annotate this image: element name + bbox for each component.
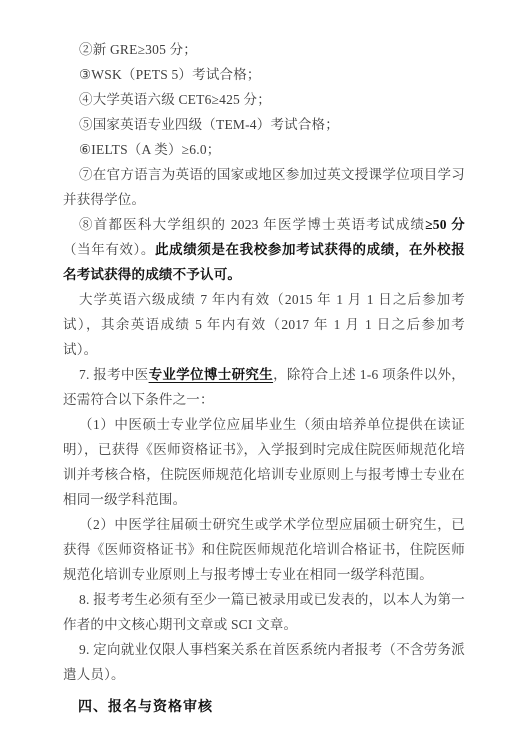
requirement-item-gre: ②新 GRE≥305 分； [63,37,465,62]
requirement-item-school-english-exam: ⑧首都医科大学组织的 2023 年医学博士英语考试成绩≥50 分（当年有效）。此… [63,212,465,287]
requirement-item-cet6: ④大学英语六级 CET6≥425 分； [63,87,465,112]
professional-degree-emphasis: 专业学位博士研究生 [149,367,274,382]
text-run: 7. 报考中医 [79,367,149,382]
rule-8-publication-requirement: 8. 报考考生必须有至少一篇已被录用或已发表的，以本人为第一作者的中文核心期刊文… [63,587,465,637]
rule-7-condition-1: （1）中医硕士专业学位应届毕业生（须由培养单位提供在读证明），已获得《医师资格证… [63,412,465,512]
document-page: ②新 GRE≥305 分； ③WSK（PETS 5）考试合格； ④大学英语六级 … [0,0,527,744]
rule-7-tcm-professional-degree: 7. 报考中医专业学位博士研究生，除符合上述 1-6 项条件以外，还需符合以下条… [63,362,465,412]
text-run: ⑧首都医科大学组织的 2023 年医学博士英语考试成绩 [79,217,425,232]
requirement-item-wsk: ③WSK（PETS 5）考试合格； [63,62,465,87]
text-run: （当年有效）。 [63,242,155,257]
score-validity-note: 大学英语六级成绩 7 年内有效（2015 年 1 月 1 日之后参加考试），其余… [63,287,465,362]
section-4-heading: 四、报名与资格审核 [63,695,465,720]
rule-9-targeted-employment: 9. 定向就业仅限人事档案关系在首医系统内者报考（不含劳务派遣人员）。 [63,637,465,687]
requirement-item-tem4: ⑤国家英语专业四级（TEM-4）考试合格； [63,112,465,137]
requirement-item-overseas-degree: ⑦在官方语言为英语的国家或地区参加过英文授课学位项目学习并获得学位。 [63,162,465,212]
rule-7-condition-2: （2）中医学往届硕士研究生或学术学位型应届硕士研究生，已获得《医师资格证书》和住… [63,512,465,587]
score-threshold-emphasis: ≥50 分 [425,217,465,232]
requirement-item-ielts: ⑥IELTS（A 类）≥6.0； [63,137,465,162]
